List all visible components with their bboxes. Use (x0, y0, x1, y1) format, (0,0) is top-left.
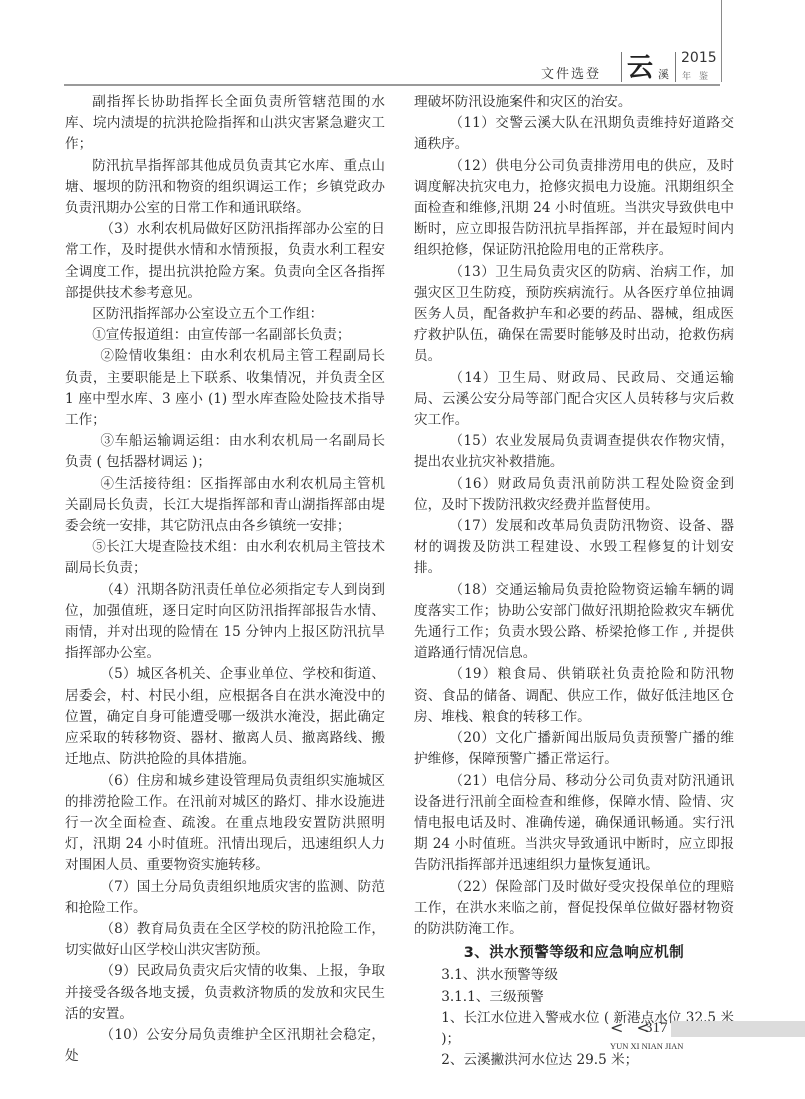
header-brand-sub: 溪 (658, 66, 669, 82)
sub-item: 2、云溪撇洪河水位达 29.5 米； (414, 1050, 734, 1071)
header-year: 2015 (681, 50, 717, 66)
paragraph: （19）粮食局、供销联社负责抢险和防汛物资、食品的储备、调配、供应工作，做好低洼… (414, 664, 734, 728)
page-number: 317 (645, 1020, 668, 1037)
header-section-title: 文件选登 (541, 63, 601, 82)
paragraph: ④生活接待组：区指挥部由水利农机局主管机关副局长负责，长江大堤指挥部和青山湖指挥… (65, 474, 385, 538)
header-rule (64, 84, 720, 86)
paragraph: （14）卫生局、财政局、民政局、交通运输局、云溪公安分局等部门配合灾区人员转移与… (414, 368, 734, 432)
paragraph: （17）发展和改革局负责防汛物资、设备、器材的调拨及防洪工程建设、水毁工程修复的… (414, 516, 734, 580)
paragraph: （6）住房和城乡建设管理局负责组织实施城区的排涝抢险工作。在汛前对城区的路灯、排… (65, 771, 385, 877)
paragraph: 区防汛指挥部办公室设立五个工作组： (65, 304, 385, 325)
section-heading: 3、洪水预警等级和应急响应机制 (414, 943, 734, 964)
paragraph: （3）水利农机局做好区防汛指挥部办公室的日常工作，及时提供水情和水情预报，负责水… (65, 219, 385, 304)
paragraph: （12）供电分公司负责排涝用电的供应，及时调度解决抗灾电力，抢修灾损电力设施。汛… (414, 156, 734, 262)
paragraph: 副指挥长协助指挥长全面负责所管辖范围的水库、垸内渍堤的抗洪抢险指挥和山洪灾害紧急… (65, 92, 385, 156)
paragraph: （20）文化广播新闻出版局负责预警广播的维护维修，保障预警广播正常运行。 (414, 728, 734, 770)
paragraph: （4）汛期各防汛责任单位必须指定专人到岗到位，加强值班，逐日定时向区防汛指挥部报… (65, 580, 385, 665)
paragraph: （13）卫生局负责灾区的防病、治病工作，加强灾区卫生防疫，预防疾病流行。从各医疗… (414, 262, 734, 368)
paragraph: ②险情收集组：由水利农机局主管工程副局长负责，主要职能是上下联系、收集情况，并负… (65, 346, 385, 431)
paragraph: （8）教育局负责在全区学校的防汛抢险工作，切实做好山区学校山洪灾害防预。 (65, 919, 385, 961)
paragraph: （15）农业发展局负责调查提供农作物灾情，提出农业抗灾补救措施。 (414, 431, 734, 473)
footer-subtitle: YUN XI NIAN JIAN (610, 1041, 683, 1051)
paragraph: （11）交警云溪大队在汛期负责维持好道路交通秩序。 (414, 113, 734, 155)
paragraph: ⑤长江大堤查险技术组：由水利农机局主管技术副局长负责； (65, 537, 385, 579)
paragraph: （22）保险部门及时做好受灾投保单位的理赔工作，在洪水来临之前，督促投保单位做好… (414, 877, 734, 941)
header-brand-main: 云 (627, 54, 653, 82)
right-column: 理破坏防汛设施案件和灾区的治安。 （11）交警云溪大队在汛期负责维持好道路交通秩… (414, 92, 734, 1071)
sub-item: 3.1.1、三级预警 (414, 987, 734, 1008)
paragraph: （16）财政局负责汛前防洪工程处险资金到位，及时下拨防汛救灾经费并监督使用。 (414, 474, 734, 516)
paragraph: 防汛抗旱指挥部其他成员负责其它水库、重点山塘、堰坝的防汛和物资的组织调运工作；乡… (65, 156, 385, 220)
paragraph: 理破坏防汛设施案件和灾区的治安。 (414, 92, 734, 113)
paragraph: （9）民政局负责灾后灾情的收集、上报，争取并接受各级各地支援，负责救济物质的发放… (65, 961, 385, 1025)
paragraph: （21）电信分局、移动分公司负责对防汛通讯设备进行汛前全面检查和维修，保障水情、… (414, 771, 734, 877)
sub-item: 3.1、洪水预警等级 (414, 965, 734, 986)
left-column: 副指挥长协助指挥长全面负责所管辖范围的水库、垸内渍堤的抗洪抢险指挥和山洪灾害紧急… (65, 92, 385, 1067)
paragraph: （5）城区各机关、企事业单位、学校和街道、居委会，村、村民小组，应根据各自在洪水… (65, 664, 385, 770)
header-yearbook-label: 年鉴 (682, 69, 716, 82)
paragraph: （18）交通运输局负责抢险物资运输车辆的调度落实工作；协助公安部门做好汛期抢险救… (414, 580, 734, 665)
header-divider (675, 52, 676, 82)
paragraph: （10）公安分局负责维护全区汛期社会稳定，处 (65, 1025, 385, 1067)
footer-bar (671, 1021, 805, 1037)
paragraph: ③车船运输调运组：由水利农机局一名副局长负责 ( 包括器材调运 )； (65, 431, 385, 473)
paragraph: ①宣传报道组：由宣传部一名副部长负责； (65, 325, 385, 346)
paragraph: （7）国土分局负责组织地质灾害的监测、防范和抢险工作。 (65, 877, 385, 919)
header-divider (621, 52, 622, 82)
